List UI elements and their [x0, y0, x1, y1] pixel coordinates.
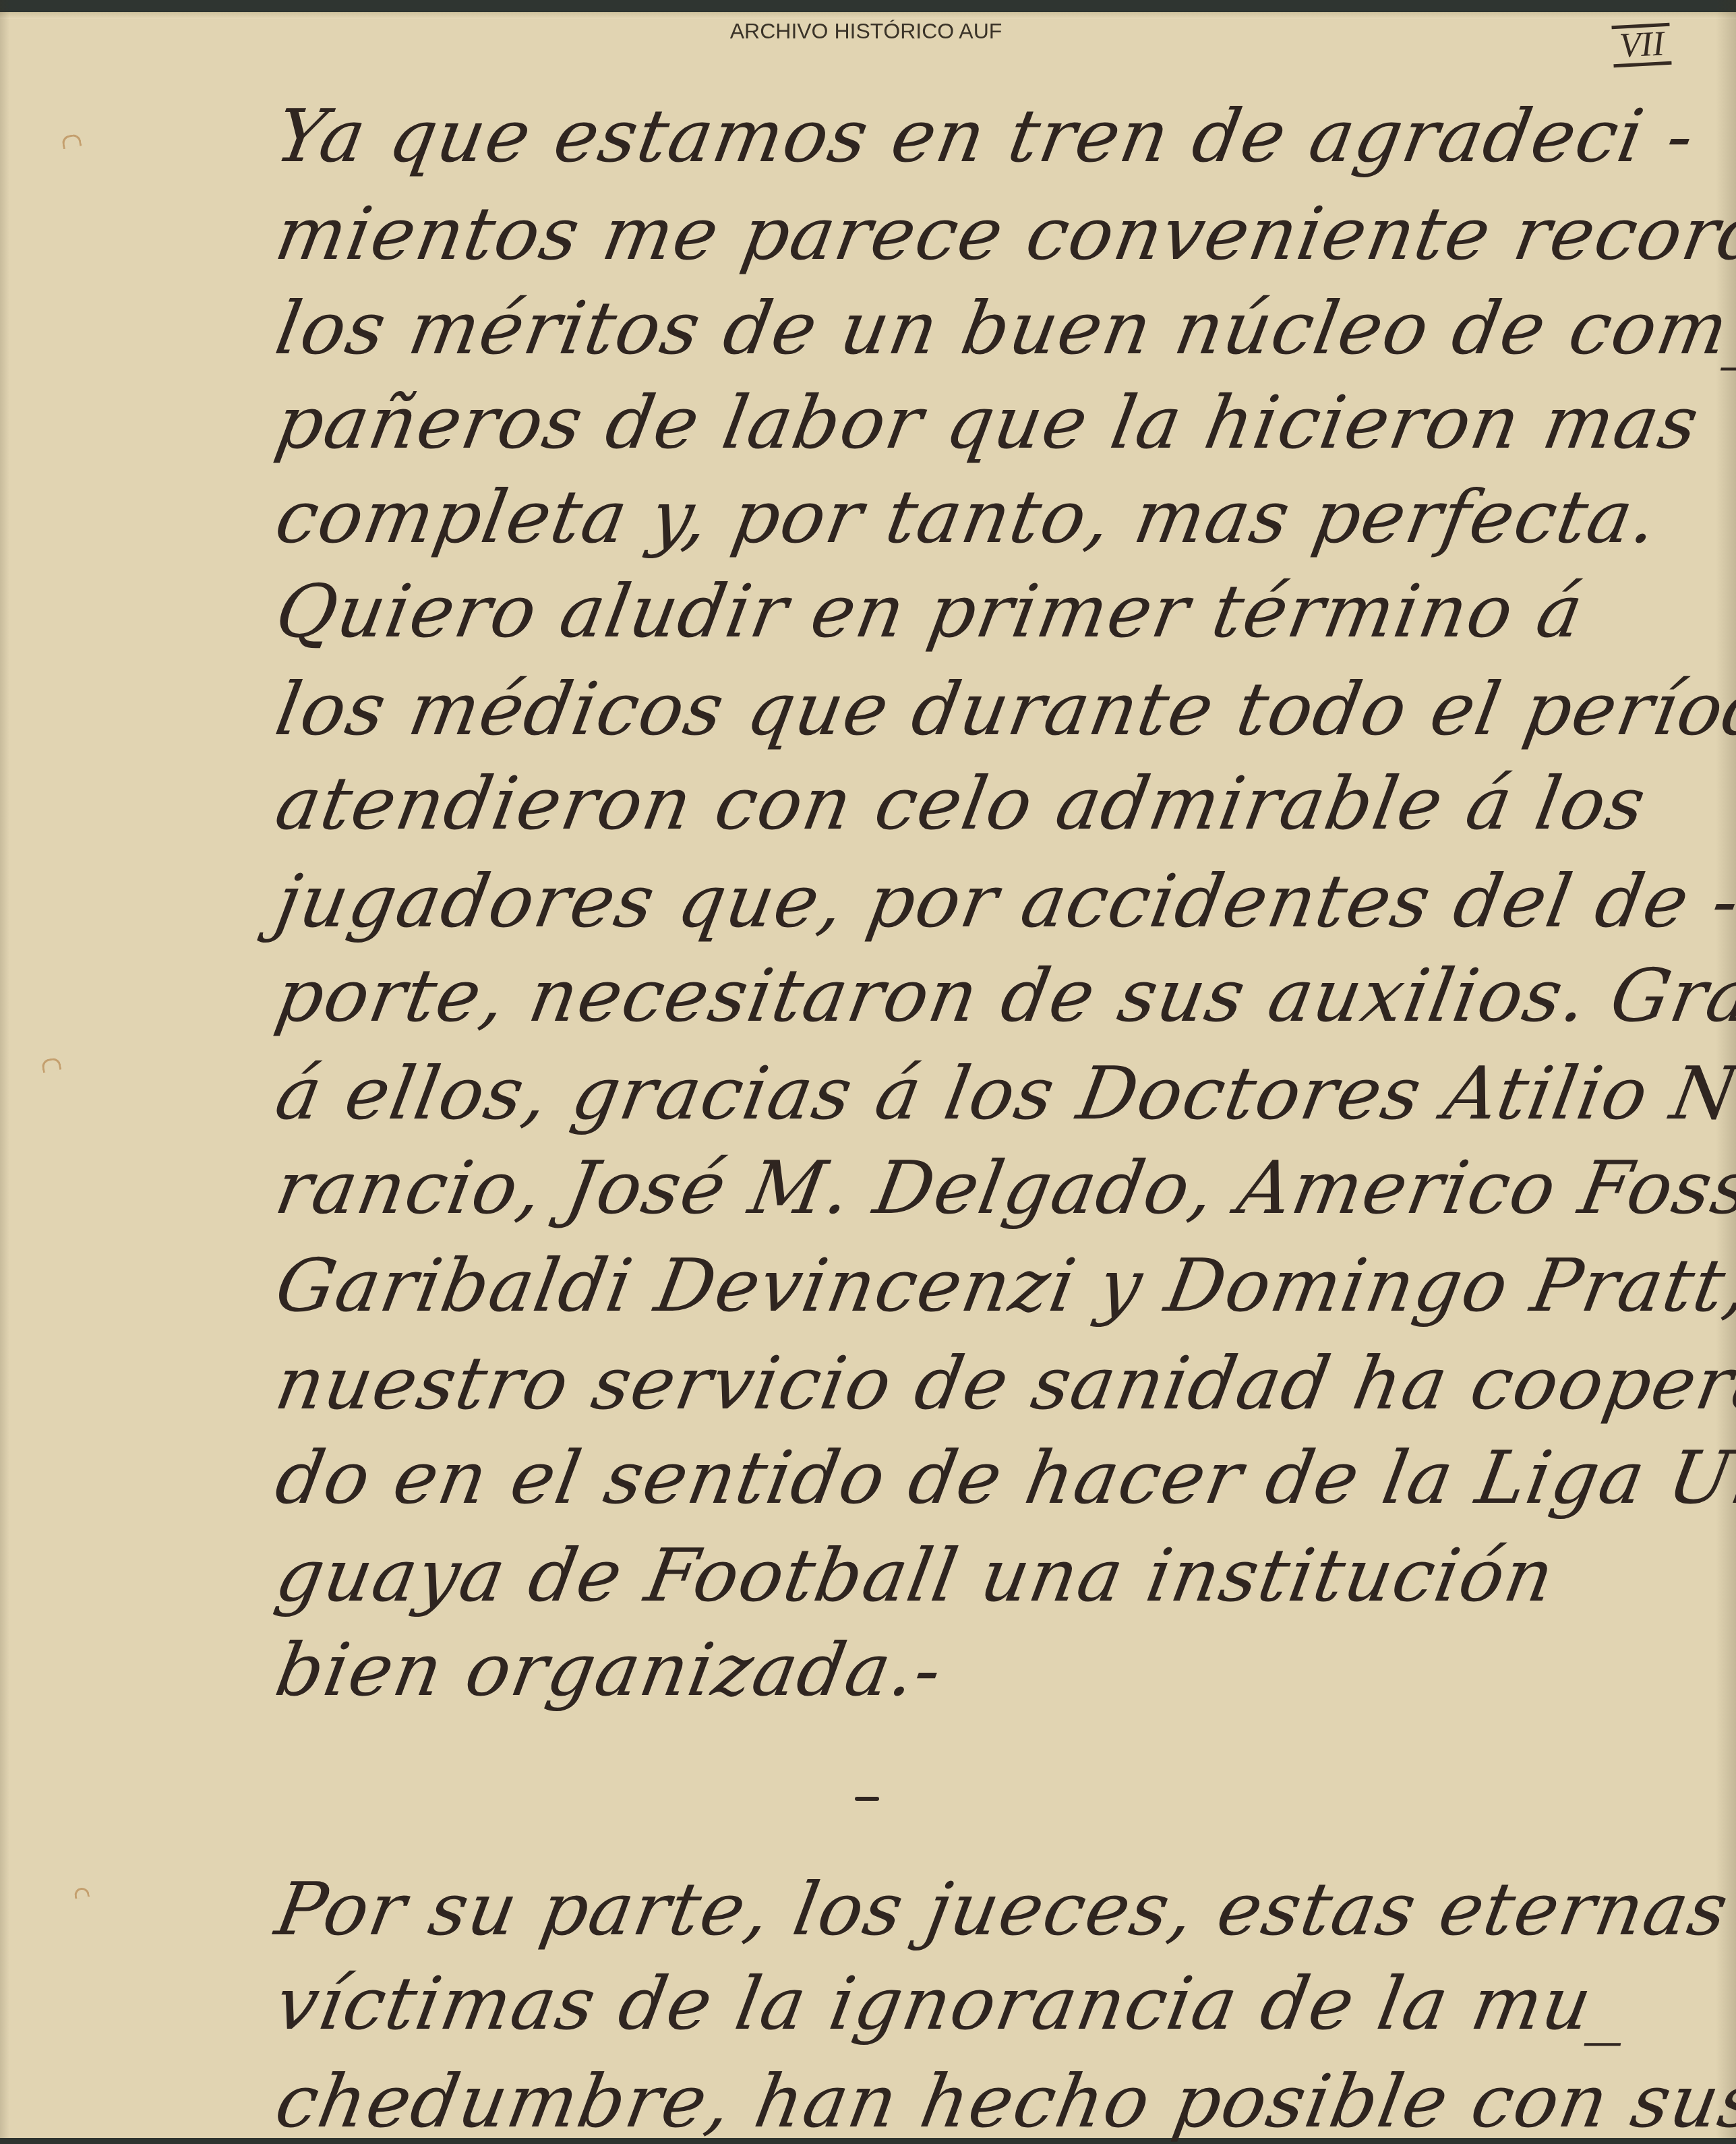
manuscript-line: mientos me parece conveniente recordar — [270, 192, 1736, 276]
manuscript-line: Quiero aludir en primer término á — [270, 570, 1590, 654]
manuscript-line: Por su parte, los jueces, estas eternas — [270, 1868, 1735, 1952]
manuscript-line: bien organizada.- — [270, 1628, 949, 1713]
manuscript-line: los médicos que durante todo el período — [270, 667, 1736, 752]
paper-left-edge — [0, 0, 9, 2138]
manuscript-line: chedumbre, han hecho posible con sus — [270, 2060, 1736, 2138]
paper-stain-mark — [61, 133, 82, 150]
manuscript-line: porte, necesitaron de sus auxilios. Grac… — [270, 954, 1736, 1038]
manuscript-line: jugadores que, por accidentes del de - — [270, 860, 1736, 944]
manuscript-line: atendieron con celo admirable á los — [270, 762, 1652, 846]
manuscript-line: pañeros de labor que la hicieron mas — [270, 381, 1706, 465]
page-number: VII — [1611, 23, 1672, 67]
archive-watermark: ARCHIVO HISTÓRICO AUF — [0, 19, 1731, 44]
section-separator — [855, 1797, 879, 1801]
manuscript-page: ARCHIVO HISTÓRICO AUF VII Ya que estamos… — [0, 0, 1736, 2138]
manuscript-line: guaya de Football una institución — [270, 1534, 1561, 1618]
manuscript-line: do en el sentido de hacer de la Liga Uru… — [270, 1436, 1736, 1520]
paper-stain-mark — [41, 1057, 62, 1073]
manuscript-line: Ya que estamos en tren de agradeci - — [270, 94, 1701, 179]
manuscript-line: á ellos, gracias á los Doctores Atilio N… — [270, 1052, 1736, 1136]
manuscript-line: completa y, por tanto, mas perfecta. — [270, 475, 1665, 560]
manuscript-line: los méritos de un buen núcleo de com_ — [270, 287, 1736, 371]
scan-top-border — [0, 0, 1736, 12]
paper-stain-mark — [73, 1886, 90, 1899]
manuscript-line: rancio, José M. Delgado, Americo Fossatt… — [270, 1146, 1736, 1230]
manuscript-line: Garibaldi Devincenzi y Domingo Pratt, — [270, 1244, 1736, 1328]
manuscript-line: nuestro servicio de sanidad ha coopera- — [270, 1342, 1736, 1426]
manuscript-line: víctimas de la ignorancia de la mu_ — [270, 1962, 1636, 2046]
paper-top-fold — [0, 12, 1736, 19]
